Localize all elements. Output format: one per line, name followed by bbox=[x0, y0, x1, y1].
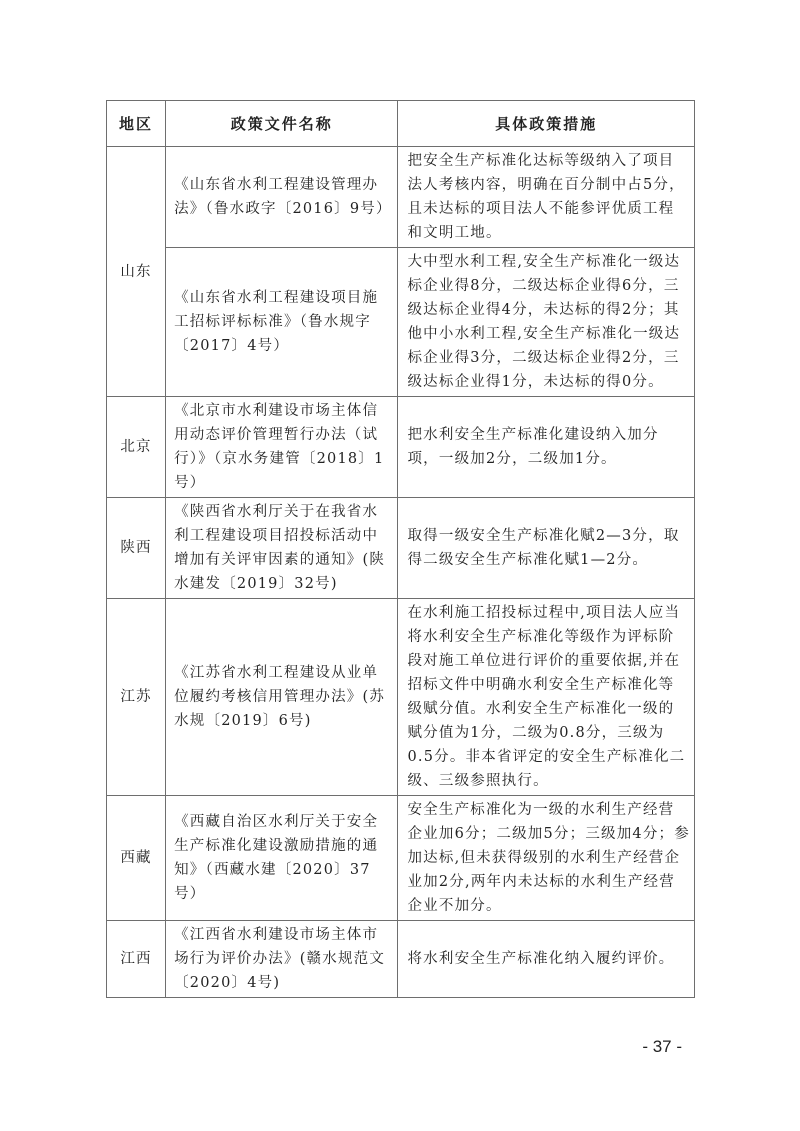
region-cell: 江苏 bbox=[107, 599, 166, 796]
table-row: 《山东省水利工程建设项目施工招标评标标准》（鲁水规字〔2017〕4号） 大中型水… bbox=[107, 248, 695, 397]
region-cell: 山东 bbox=[107, 147, 166, 397]
page-number: - 37 - bbox=[0, 1037, 800, 1057]
document-cell: 《西藏自治区水利厅关于安全生产标准化建设激励措施的通知》（西藏水建〔2020〕3… bbox=[166, 796, 398, 921]
measure-cell: 取得一级安全生产标准化赋2—3分，取得二级安全生产标准化赋1—2分。 bbox=[398, 498, 695, 599]
document-cell: 《江苏省水利工程建设从业单位履约考核信用管理办法》(苏水规〔2019〕6号) bbox=[166, 599, 398, 796]
region-cell: 江西 bbox=[107, 921, 166, 998]
region-cell: 陕西 bbox=[107, 498, 166, 599]
document-cell: 《北京市水利建设市场主体信用动态评价管理暂行办法（试行）》（京水务建管〔2018… bbox=[166, 397, 398, 498]
table-row: 江西 《江西省水利建设市场主体市场行为评价办法》(赣水规范文〔2020〕4号) … bbox=[107, 921, 695, 998]
table-header-row: 地区 政策文件名称 具体政策措施 bbox=[107, 101, 695, 147]
region-cell: 北京 bbox=[107, 397, 166, 498]
table-row: 北京 《北京市水利建设市场主体信用动态评价管理暂行办法（试行）》（京水务建管〔2… bbox=[107, 397, 695, 498]
header-document: 政策文件名称 bbox=[166, 101, 398, 147]
table-row: 陕西 《陕西省水利厅关于在我省水利工程建设项目招投标活动中增加有关评审因素的通知… bbox=[107, 498, 695, 599]
measure-cell: 在水利施工招投标过程中,项目法人应当将水利安全生产标准化等级作为评标阶段对施工单… bbox=[398, 599, 695, 796]
table-row: 山东 《山东省水利工程建设管理办法》（鲁水政字〔2016〕9号） 把安全生产标准… bbox=[107, 147, 695, 248]
document-cell: 《山东省水利工程建设项目施工招标评标标准》（鲁水规字〔2017〕4号） bbox=[166, 248, 398, 397]
measure-cell: 将水利安全生产标准化纳入履约评价。 bbox=[398, 921, 695, 998]
measure-cell: 把水利安全生产标准化建设纳入加分项，一级加2分，二级加1分。 bbox=[398, 397, 695, 498]
table-row: 西藏 《西藏自治区水利厅关于安全生产标准化建设激励措施的通知》（西藏水建〔202… bbox=[107, 796, 695, 921]
document-cell: 《江西省水利建设市场主体市场行为评价办法》(赣水规范文〔2020〕4号) bbox=[166, 921, 398, 998]
header-measure: 具体政策措施 bbox=[398, 101, 695, 147]
measure-cell: 把安全生产标准化达标等级纳入了项目法人考核内容，明确在百分制中占5分，且未达标的… bbox=[398, 147, 695, 248]
region-cell: 西藏 bbox=[107, 796, 166, 921]
header-region: 地区 bbox=[107, 101, 166, 147]
table-row: 江苏 《江苏省水利工程建设从业单位履约考核信用管理办法》(苏水规〔2019〕6号… bbox=[107, 599, 695, 796]
measure-cell: 大中型水利工程,安全生产标准化一级达标企业得8分，二级达标企业得6分，三级达标企… bbox=[398, 248, 695, 397]
document-cell: 《陕西省水利厅关于在我省水利工程建设项目招投标活动中增加有关评审因素的通知》(陕… bbox=[166, 498, 398, 599]
policy-table: 地区 政策文件名称 具体政策措施 山东 《山东省水利工程建设管理办法》（鲁水政字… bbox=[106, 100, 695, 998]
measure-cell: 安全生产标准化为一级的水利生产经营企业加6分；二级加5分；三级加4分；参加达标,… bbox=[398, 796, 695, 921]
document-cell: 《山东省水利工程建设管理办法》（鲁水政字〔2016〕9号） bbox=[166, 147, 398, 248]
